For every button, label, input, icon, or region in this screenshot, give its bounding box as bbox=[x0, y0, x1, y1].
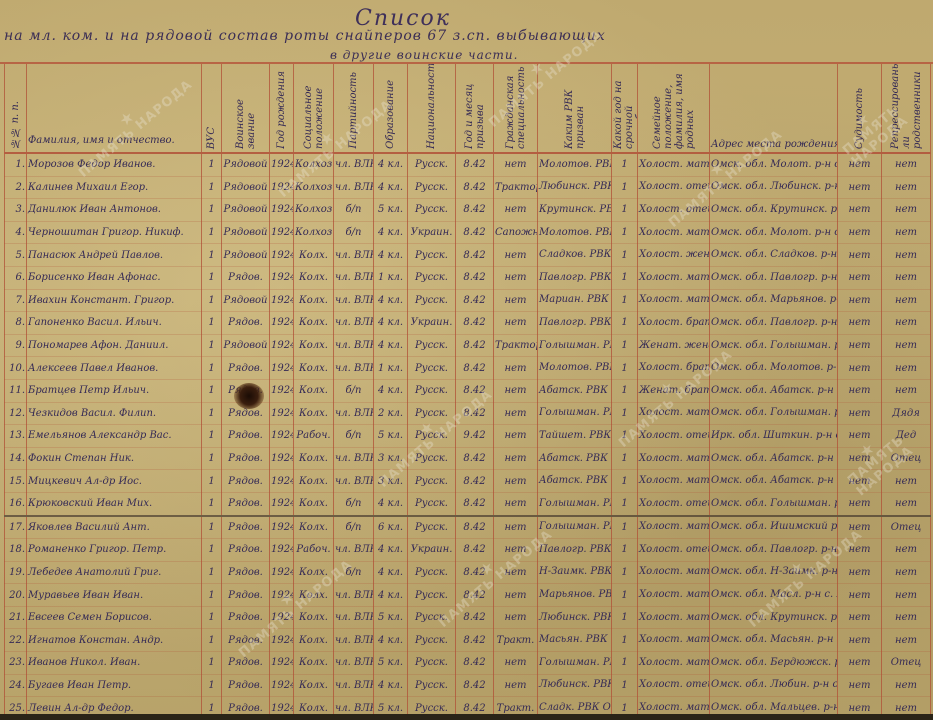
column-header-repressed: Репрессированы ли родственники bbox=[882, 64, 931, 153]
cell-social: Колх. bbox=[294, 266, 334, 289]
cell-rvk: Павлогр. РВК Омск. обл. bbox=[538, 312, 612, 335]
cell-name: Калинев Михаил Егор. bbox=[27, 176, 202, 199]
cell-repressed: Отец bbox=[882, 516, 931, 539]
cell-nationality: Украин. bbox=[408, 539, 456, 562]
cell-family: Холост. отец Данилюк Ант. bbox=[638, 199, 710, 222]
cell-drafted: 8.42 bbox=[456, 176, 494, 199]
cell-social: Колх. bbox=[294, 606, 334, 629]
cell-social: Колхоз bbox=[294, 199, 334, 222]
cell-nationality: Русск. bbox=[408, 266, 456, 289]
cell-rank: Рядов. bbox=[222, 447, 270, 470]
column-header-label: Социальное положение bbox=[303, 65, 325, 149]
cell-convicted: нет bbox=[838, 561, 882, 584]
cell-convicted: нет bbox=[838, 357, 882, 380]
cell-convicted: нет bbox=[838, 606, 882, 629]
cell-name: Чезкидов Васил. Филип. bbox=[27, 402, 202, 425]
cell-vus: 1 bbox=[202, 447, 222, 470]
cell-rank: Рядов. bbox=[222, 584, 270, 607]
cell-convicted: нет bbox=[838, 674, 882, 697]
cell-social: Колх. bbox=[294, 470, 334, 493]
cell-convicted: нет bbox=[838, 629, 882, 652]
cell-name: Иванов Никол. Иван. bbox=[27, 652, 202, 675]
cell-education: 5 кл. bbox=[374, 652, 408, 675]
cell-birth-year: 1924 bbox=[270, 266, 294, 289]
table-row: 14.Фокин Степан Ник.1Рядов.1924Колх.чл. … bbox=[5, 447, 931, 470]
cell-vus: 1 bbox=[202, 312, 222, 335]
cell-rank: Рядов. bbox=[222, 357, 270, 380]
cell-num: 22. bbox=[5, 629, 27, 652]
cell-party: чл. ВЛКСМ bbox=[334, 176, 374, 199]
cell-birth-year: 1924 bbox=[270, 584, 294, 607]
cell-drafted: 8.42 bbox=[456, 379, 494, 402]
cell-rvk: Павлогр. РВК Омск. обл. bbox=[538, 266, 612, 289]
cell-repressed: нет bbox=[882, 470, 931, 493]
cell-rank: Рядов. bbox=[222, 539, 270, 562]
cell-birth-year: 1924 bbox=[270, 153, 294, 176]
cell-birth-year: 1924 bbox=[270, 561, 294, 584]
scan-edge bbox=[0, 714, 933, 720]
cell-rvk: Абатск. РВК Омск. обл. bbox=[538, 470, 612, 493]
cell-drafted: 8.42 bbox=[456, 492, 494, 515]
cell-address: Омск. обл. Молот. р-н с. Зиновьево bbox=[710, 221, 838, 244]
cell-convicted: нет bbox=[838, 153, 882, 176]
column-header-label: Репрессированы ли родственники bbox=[890, 65, 923, 149]
cell-nationality: Украин. bbox=[408, 312, 456, 335]
cell-drafted: 8.42 bbox=[456, 516, 494, 539]
cell-num: 21. bbox=[5, 606, 27, 629]
cell-name: Гапоненко Васил. Ильич. bbox=[27, 312, 202, 335]
cell-service-year: 1 bbox=[612, 492, 638, 515]
column-header-rank: Воинское звание bbox=[222, 64, 270, 153]
table-row: 4.Черношитан Григор. Никиф.1Рядовой1924К… bbox=[5, 221, 931, 244]
cell-party: чл. ВЛКСМ bbox=[334, 402, 374, 425]
cell-family: Холост. отец Крюковский Мих. bbox=[638, 492, 710, 515]
cell-convicted: нет bbox=[838, 379, 882, 402]
cell-rank: Рядовой bbox=[222, 334, 270, 357]
cell-family: Холост. мать Ивахина Анна bbox=[638, 289, 710, 312]
cell-social: Рабоч. bbox=[294, 425, 334, 448]
cell-vus: 1 bbox=[202, 334, 222, 357]
cell-birth-year: 1924 bbox=[270, 470, 294, 493]
table-row: 18.Романенко Григор. Петр.1Рядов.1924Раб… bbox=[5, 539, 931, 562]
cell-nationality: Русск. bbox=[408, 470, 456, 493]
cell-birth-year: 1924 bbox=[270, 357, 294, 380]
column-header-rvk: Каким РВК призван bbox=[538, 64, 612, 153]
cell-education: 2 кл. bbox=[374, 402, 408, 425]
cell-service-year: 1 bbox=[612, 334, 638, 357]
cell-num: 14. bbox=[5, 447, 27, 470]
cell-rank: Рядов. bbox=[222, 266, 270, 289]
cell-service-year: 1 bbox=[612, 199, 638, 222]
cell-rank: Рядов. bbox=[222, 470, 270, 493]
cell-rank: Рядовой bbox=[222, 153, 270, 176]
cell-party: чл. ВЛКСМ bbox=[334, 334, 374, 357]
cell-num: 16. bbox=[5, 492, 27, 515]
cell-family: Холост. мать Евсеева Пел. bbox=[638, 606, 710, 629]
cell-civil-specialty: нет bbox=[494, 266, 538, 289]
cell-nationality: Русск. bbox=[408, 402, 456, 425]
cell-rvk: Любинск. РВК Омск. обл. bbox=[538, 606, 612, 629]
table-row: 6.Борисенко Иван Афонас.1Рядов.1924Колх.… bbox=[5, 266, 931, 289]
cell-family: Холост. мать Лебедева Ирина bbox=[638, 561, 710, 584]
cell-party: б/п bbox=[334, 199, 374, 222]
cell-name: Емельянов Александр Вас. bbox=[27, 425, 202, 448]
cell-service-year: 1 bbox=[612, 425, 638, 448]
cell-name: Панасюк Андрей Павлов. bbox=[27, 244, 202, 267]
cell-num: 20. bbox=[5, 584, 27, 607]
cell-education: 3 кл. bbox=[374, 447, 408, 470]
cell-num: 6. bbox=[5, 266, 27, 289]
cell-nationality: Русск. bbox=[408, 334, 456, 357]
cell-family: Холост. мать Морозова Федора bbox=[638, 153, 710, 176]
cell-nationality: Украин. bbox=[408, 221, 456, 244]
cell-birth-year: 1924 bbox=[270, 289, 294, 312]
column-header-num: №№ п. п. bbox=[5, 64, 27, 153]
column-header-nationality: Национальность bbox=[408, 64, 456, 153]
column-header-address: Адрес места рождения и постоянного жител… bbox=[710, 64, 838, 153]
cell-rank: Рядов. bbox=[222, 674, 270, 697]
cell-civil-specialty: нет bbox=[494, 539, 538, 562]
document-subtitle-continued: в другие воинские части. bbox=[330, 48, 518, 62]
cell-service-year: 1 bbox=[612, 357, 638, 380]
cell-address: Омск. обл. Абатск. р-н д. Калинина. Там … bbox=[710, 379, 838, 402]
cell-education: 4 кл. bbox=[374, 221, 408, 244]
cell-social: Колх. bbox=[294, 492, 334, 515]
cell-education: 4 кл. bbox=[374, 561, 408, 584]
cell-repressed: Отец bbox=[882, 447, 931, 470]
cell-name: Яковлев Василий Ант. bbox=[27, 516, 202, 539]
cell-repressed: нет bbox=[882, 334, 931, 357]
cell-civil-specialty: нет bbox=[494, 516, 538, 539]
cell-party: б/п bbox=[334, 221, 374, 244]
cell-convicted: нет bbox=[838, 266, 882, 289]
cell-address: Омск. обл. Абатск. р-н д. Бобылево. Там … bbox=[710, 447, 838, 470]
cell-civil-specialty: нет bbox=[494, 199, 538, 222]
cell-num: 4. bbox=[5, 221, 27, 244]
cell-social: Колхоз bbox=[294, 221, 334, 244]
cell-vus: 1 bbox=[202, 379, 222, 402]
cell-service-year: 1 bbox=[612, 561, 638, 584]
cell-address: Омск. обл. Молотов. р-н д. Репищи. Там ж… bbox=[710, 357, 838, 380]
cell-civil-specialty: Тракторист bbox=[494, 176, 538, 199]
cell-rvk: Масьян. РВК Омск. обл. bbox=[538, 629, 612, 652]
cell-vus: 1 bbox=[202, 492, 222, 515]
cell-family: Холост. мать Яковлева Татьяна Ст. bbox=[638, 516, 710, 539]
cell-name: Братцев Петр Ильич. bbox=[27, 379, 202, 402]
cell-rvk: Крутинск. РВК Омск. обл. bbox=[538, 199, 612, 222]
cell-social: Колх. bbox=[294, 379, 334, 402]
cell-civil-specialty: нет bbox=[494, 470, 538, 493]
cell-birth-year: 1924 bbox=[270, 244, 294, 267]
cell-drafted: 8.42 bbox=[456, 357, 494, 380]
cell-rank: Рядовой bbox=[222, 176, 270, 199]
cell-repressed: Отец bbox=[882, 652, 931, 675]
cell-family: Холост. мать Борисенко Варв. bbox=[638, 266, 710, 289]
cell-family: Холост. мать Иванова М. Ф. bbox=[638, 652, 710, 675]
cell-vus: 1 bbox=[202, 629, 222, 652]
cell-convicted: нет bbox=[838, 584, 882, 607]
cell-repressed: нет bbox=[882, 244, 931, 267]
cell-rank: Рядов. bbox=[222, 561, 270, 584]
cell-family: Холост. мать Черношитан Мария bbox=[638, 221, 710, 244]
cell-service-year: 1 bbox=[612, 266, 638, 289]
cell-rank: Рядов. bbox=[222, 312, 270, 335]
cell-rvk: Тайшет. РВК Иркут. обл. bbox=[538, 425, 612, 448]
cell-vus: 1 bbox=[202, 289, 222, 312]
cell-rvk: Н-Заимк. РВК Омск. обл. bbox=[538, 561, 612, 584]
column-header-birth-year: Год рождения bbox=[270, 64, 294, 153]
column-header-label: Воинское звание bbox=[235, 65, 257, 149]
cell-service-year: 1 bbox=[612, 584, 638, 607]
cell-address: Омск. обл. Бердюжск. р-н с. Луговое bbox=[710, 652, 838, 675]
cell-vus: 1 bbox=[202, 266, 222, 289]
column-header-label: Образование bbox=[385, 80, 396, 149]
cell-address: Омск. обл. Крутинск. р-н с. Н-Березовка.… bbox=[710, 199, 838, 222]
cell-num: 15. bbox=[5, 470, 27, 493]
cell-address: Омск. обл. Голышман. р-н д. Солодилово. … bbox=[710, 402, 838, 425]
cell-rvk: Любинск. РВК Омск. обл. bbox=[538, 176, 612, 199]
cell-party: чл. ВЛКСМ bbox=[334, 447, 374, 470]
cell-family: Холост. мать Мицкевич bbox=[638, 470, 710, 493]
cell-service-year: 1 bbox=[612, 379, 638, 402]
cell-civil-specialty: нет bbox=[494, 312, 538, 335]
column-header-label: Какой год на срочной службе bbox=[613, 65, 638, 149]
cell-service-year: 1 bbox=[612, 539, 638, 562]
cell-service-year: 1 bbox=[612, 176, 638, 199]
cell-civil-specialty: нет bbox=[494, 674, 538, 697]
cell-service-year: 1 bbox=[612, 153, 638, 176]
cell-rvk: Голышман. РВК Омск. обл. bbox=[538, 334, 612, 357]
cell-vus: 1 bbox=[202, 176, 222, 199]
cell-drafted: 8.42 bbox=[456, 561, 494, 584]
cell-civil-specialty: нет bbox=[494, 447, 538, 470]
column-header-civil-specialty: Гражданская специальность bbox=[494, 64, 538, 153]
cell-drafted: 8.42 bbox=[456, 447, 494, 470]
cell-family: Женат. жена Пономар. Вера bbox=[638, 334, 710, 357]
cell-repressed: нет bbox=[882, 266, 931, 289]
table-header-row: №№ п. п.Фамилия, имя и отчество.ВУСВоинс… bbox=[5, 64, 931, 153]
cell-vus: 1 bbox=[202, 244, 222, 267]
table-row: 22.Игнатов Констан. Андр.1Рядов.1924Колх… bbox=[5, 629, 931, 652]
cell-vus: 1 bbox=[202, 470, 222, 493]
cell-rank: Рядов. bbox=[222, 492, 270, 515]
cell-civil-specialty: нет bbox=[494, 606, 538, 629]
cell-family: Холост. брат Гапоненко Ал-др bbox=[638, 312, 710, 335]
cell-service-year: 1 bbox=[612, 674, 638, 697]
cell-drafted: 8.42 bbox=[456, 606, 494, 629]
column-header-social: Социальное положение bbox=[294, 64, 334, 153]
cell-nationality: Русск. bbox=[408, 357, 456, 380]
cell-convicted: нет bbox=[838, 402, 882, 425]
cell-rank: Рядов. bbox=[222, 516, 270, 539]
cell-education: 4 кл. bbox=[374, 176, 408, 199]
column-header-label: ВУС bbox=[206, 127, 217, 149]
table-row: 16.Крюковский Иван Мих.1Рядов.1924Колх.б… bbox=[5, 492, 931, 515]
cell-rvk: Павлогр. РВК Омск. обл. bbox=[538, 539, 612, 562]
cell-family: Холост. мать Игнатова Ан. Ст. bbox=[638, 629, 710, 652]
cell-civil-specialty: нет bbox=[494, 492, 538, 515]
table-row: 2.Калинев Михаил Егор.1Рядовой1924Колхоз… bbox=[5, 176, 931, 199]
cell-drafted: 8.42 bbox=[456, 652, 494, 675]
cell-drafted: 8.42 bbox=[456, 153, 494, 176]
cell-name: Крюковский Иван Мих. bbox=[27, 492, 202, 515]
cell-education: 5 кл. bbox=[374, 199, 408, 222]
cell-address: Омск. обл. Любин. р-н с. Ельно-Черняк. Т… bbox=[710, 674, 838, 697]
cell-civil-specialty: Сапожник bbox=[494, 221, 538, 244]
column-header-family: Семейное положение, фамилия, имя родных bbox=[638, 64, 710, 153]
cell-num: 8. bbox=[5, 312, 27, 335]
cell-party: чл. ВЛКСМ bbox=[334, 674, 374, 697]
cell-num: 17. bbox=[5, 516, 27, 539]
cell-drafted: 8.42 bbox=[456, 470, 494, 493]
cell-service-year: 1 bbox=[612, 447, 638, 470]
cell-party: чл. ВЛКСМ bbox=[334, 652, 374, 675]
cell-address: Омск. обл. Голышман. р-н с. Золотое bbox=[710, 492, 838, 515]
cell-repressed: нет bbox=[882, 379, 931, 402]
cell-nationality: Русск. bbox=[408, 289, 456, 312]
cell-social: Колх. bbox=[294, 357, 334, 380]
cell-address: Омск. обл. Сладков. р-н с. Ваторная bbox=[710, 244, 838, 267]
cell-education: 4 кл. bbox=[374, 244, 408, 267]
cell-vus: 1 bbox=[202, 357, 222, 380]
cell-repressed: нет bbox=[882, 312, 931, 335]
cell-nationality: Русск. bbox=[408, 425, 456, 448]
cell-nationality: Русск. bbox=[408, 674, 456, 697]
cell-drafted: 8.42 bbox=[456, 334, 494, 357]
cell-drafted: 8.42 bbox=[456, 289, 494, 312]
cell-nationality: Русск. bbox=[408, 153, 456, 176]
table-row: 20.Муравьев Иван Иван.1Рядов.1924Колх.чл… bbox=[5, 584, 931, 607]
cell-rvk: Абатск. РВК Омск. обл. bbox=[538, 379, 612, 402]
cell-party: чл. ВЛКСМ bbox=[334, 539, 374, 562]
cell-birth-year: 1924 bbox=[270, 312, 294, 335]
roster-table: №№ п. п.Фамилия, имя и отчество.ВУСВоинс… bbox=[4, 64, 931, 720]
cell-civil-specialty: нет bbox=[494, 289, 538, 312]
table-row: 7.Ивахин Констант. Григор.1Рядовой1924Ко… bbox=[5, 289, 931, 312]
cell-repressed: нет bbox=[882, 561, 931, 584]
cell-family: Холост. мать Чезкидова bbox=[638, 402, 710, 425]
column-header-drafted: Год и месяц призыва bbox=[456, 64, 494, 153]
cell-convicted: нет bbox=[838, 447, 882, 470]
cell-service-year: 1 bbox=[612, 652, 638, 675]
table-row: 21.Евсеев Семен Борисов.1Рядов.1924Колх.… bbox=[5, 606, 931, 629]
column-header-party: Партийность bbox=[334, 64, 374, 153]
cell-nationality: Русск. bbox=[408, 244, 456, 267]
cell-party: чл. ВЛКСМ bbox=[334, 244, 374, 267]
cell-service-year: 1 bbox=[612, 402, 638, 425]
cell-service-year: 1 bbox=[612, 289, 638, 312]
cell-birth-year: 1924 bbox=[270, 492, 294, 515]
column-header-label: №№ п. п. bbox=[10, 101, 21, 149]
cell-repressed: Дед bbox=[882, 425, 931, 448]
cell-civil-specialty: нет bbox=[494, 244, 538, 267]
column-header-education: Образование bbox=[374, 64, 408, 153]
cell-civil-specialty: нет bbox=[494, 153, 538, 176]
cell-vus: 1 bbox=[202, 652, 222, 675]
cell-social: Колхоз bbox=[294, 176, 334, 199]
cell-repressed: нет bbox=[882, 357, 931, 380]
cell-education: 1 кл. bbox=[374, 266, 408, 289]
cell-vus: 1 bbox=[202, 606, 222, 629]
table-row: 12.Чезкидов Васил. Филип.1Рядов.1924Колх… bbox=[5, 402, 931, 425]
cell-nationality: Русск. bbox=[408, 561, 456, 584]
cell-birth-year: 1924 bbox=[270, 447, 294, 470]
cell-num: 24. bbox=[5, 674, 27, 697]
cell-name: Лебедев Анатолий Григ. bbox=[27, 561, 202, 584]
cell-birth-year: 1924 bbox=[270, 674, 294, 697]
column-header-label: Семейное положение, фамилия, имя родных bbox=[652, 65, 696, 149]
cell-civil-specialty: нет bbox=[494, 652, 538, 675]
cell-education: 5 кл. bbox=[374, 425, 408, 448]
cell-education: 4 кл. bbox=[374, 334, 408, 357]
cell-rank: Рядовой bbox=[222, 221, 270, 244]
cell-party: чл. ВЛКСМ bbox=[334, 606, 374, 629]
cell-name: Фокин Степан Ник. bbox=[27, 447, 202, 470]
cell-name: Мицкевич Ал-др Иос. bbox=[27, 470, 202, 493]
cell-vus: 1 bbox=[202, 561, 222, 584]
cell-service-year: 1 bbox=[612, 470, 638, 493]
cell-repressed: нет bbox=[882, 153, 931, 176]
cell-civil-specialty: нет bbox=[494, 379, 538, 402]
table-row: 24.Бугаев Иван Петр.1Рядов.1924Колх.чл. … bbox=[5, 674, 931, 697]
cell-party: б/п bbox=[334, 492, 374, 515]
cell-birth-year: 1924 bbox=[270, 606, 294, 629]
cell-nationality: Русск. bbox=[408, 176, 456, 199]
cell-education: 4 кл. bbox=[374, 153, 408, 176]
table-row: 19.Лебедев Анатолий Григ.1Рядов.1924Колх… bbox=[5, 561, 931, 584]
table-row: 15.Мицкевич Ал-др Иос.1Рядов.1924Колх.чл… bbox=[5, 470, 931, 493]
cell-rank: Рядовой bbox=[222, 289, 270, 312]
cell-convicted: нет bbox=[838, 221, 882, 244]
cell-social: Рабоч. bbox=[294, 539, 334, 562]
cell-social: Колх. bbox=[294, 244, 334, 267]
cell-address: Омск. обл. Любинск. р-н с. Увал. Там же bbox=[710, 176, 838, 199]
cell-repressed: нет bbox=[882, 289, 931, 312]
cell-drafted: 8.42 bbox=[456, 244, 494, 267]
cell-convicted: нет bbox=[838, 289, 882, 312]
cell-drafted: 8.42 bbox=[456, 199, 494, 222]
cell-convicted: нет bbox=[838, 539, 882, 562]
cell-name: Романенко Григор. Петр. bbox=[27, 539, 202, 562]
cell-rvk: Голышман. РВК Омск. обл. bbox=[538, 516, 612, 539]
cell-address: Омск. обл. Крутинск. р-н bbox=[710, 606, 838, 629]
cell-family: Холост. брат Алексеев Иван Иван. bbox=[638, 357, 710, 380]
cell-birth-year: 1924 bbox=[270, 176, 294, 199]
cell-rank: Рядов. bbox=[222, 629, 270, 652]
cell-family: Холост. жены нет bbox=[638, 244, 710, 267]
cell-num: 19. bbox=[5, 561, 27, 584]
cell-party: чл. ВЛКСМ bbox=[334, 357, 374, 380]
cell-drafted: 8.42 bbox=[456, 312, 494, 335]
cell-repressed: Дядя bbox=[882, 402, 931, 425]
cell-repressed: нет bbox=[882, 221, 931, 244]
cell-rvk: Голышман. РВК Омск. обл. bbox=[538, 402, 612, 425]
cell-nationality: Русск. bbox=[408, 516, 456, 539]
cell-birth-year: 1924 bbox=[270, 652, 294, 675]
cell-birth-year: 1924 bbox=[270, 629, 294, 652]
document-subtitle: на мл. ком. и на рядовой состав роты сна… bbox=[4, 28, 606, 44]
column-header-vus: ВУС bbox=[202, 64, 222, 153]
cell-rvk: Абатск. РВК Омск. обл. bbox=[538, 447, 612, 470]
cell-rvk: Сладков. РВК Омск. обл. bbox=[538, 244, 612, 267]
cell-birth-year: 1924 bbox=[270, 221, 294, 244]
cell-convicted: нет bbox=[838, 176, 882, 199]
cell-name: Муравьев Иван Иван. bbox=[27, 584, 202, 607]
cell-nationality: Русск. bbox=[408, 584, 456, 607]
column-header-label: Судимость bbox=[854, 88, 865, 149]
cell-drafted: 8.42 bbox=[456, 221, 494, 244]
cell-num: 10. bbox=[5, 357, 27, 380]
